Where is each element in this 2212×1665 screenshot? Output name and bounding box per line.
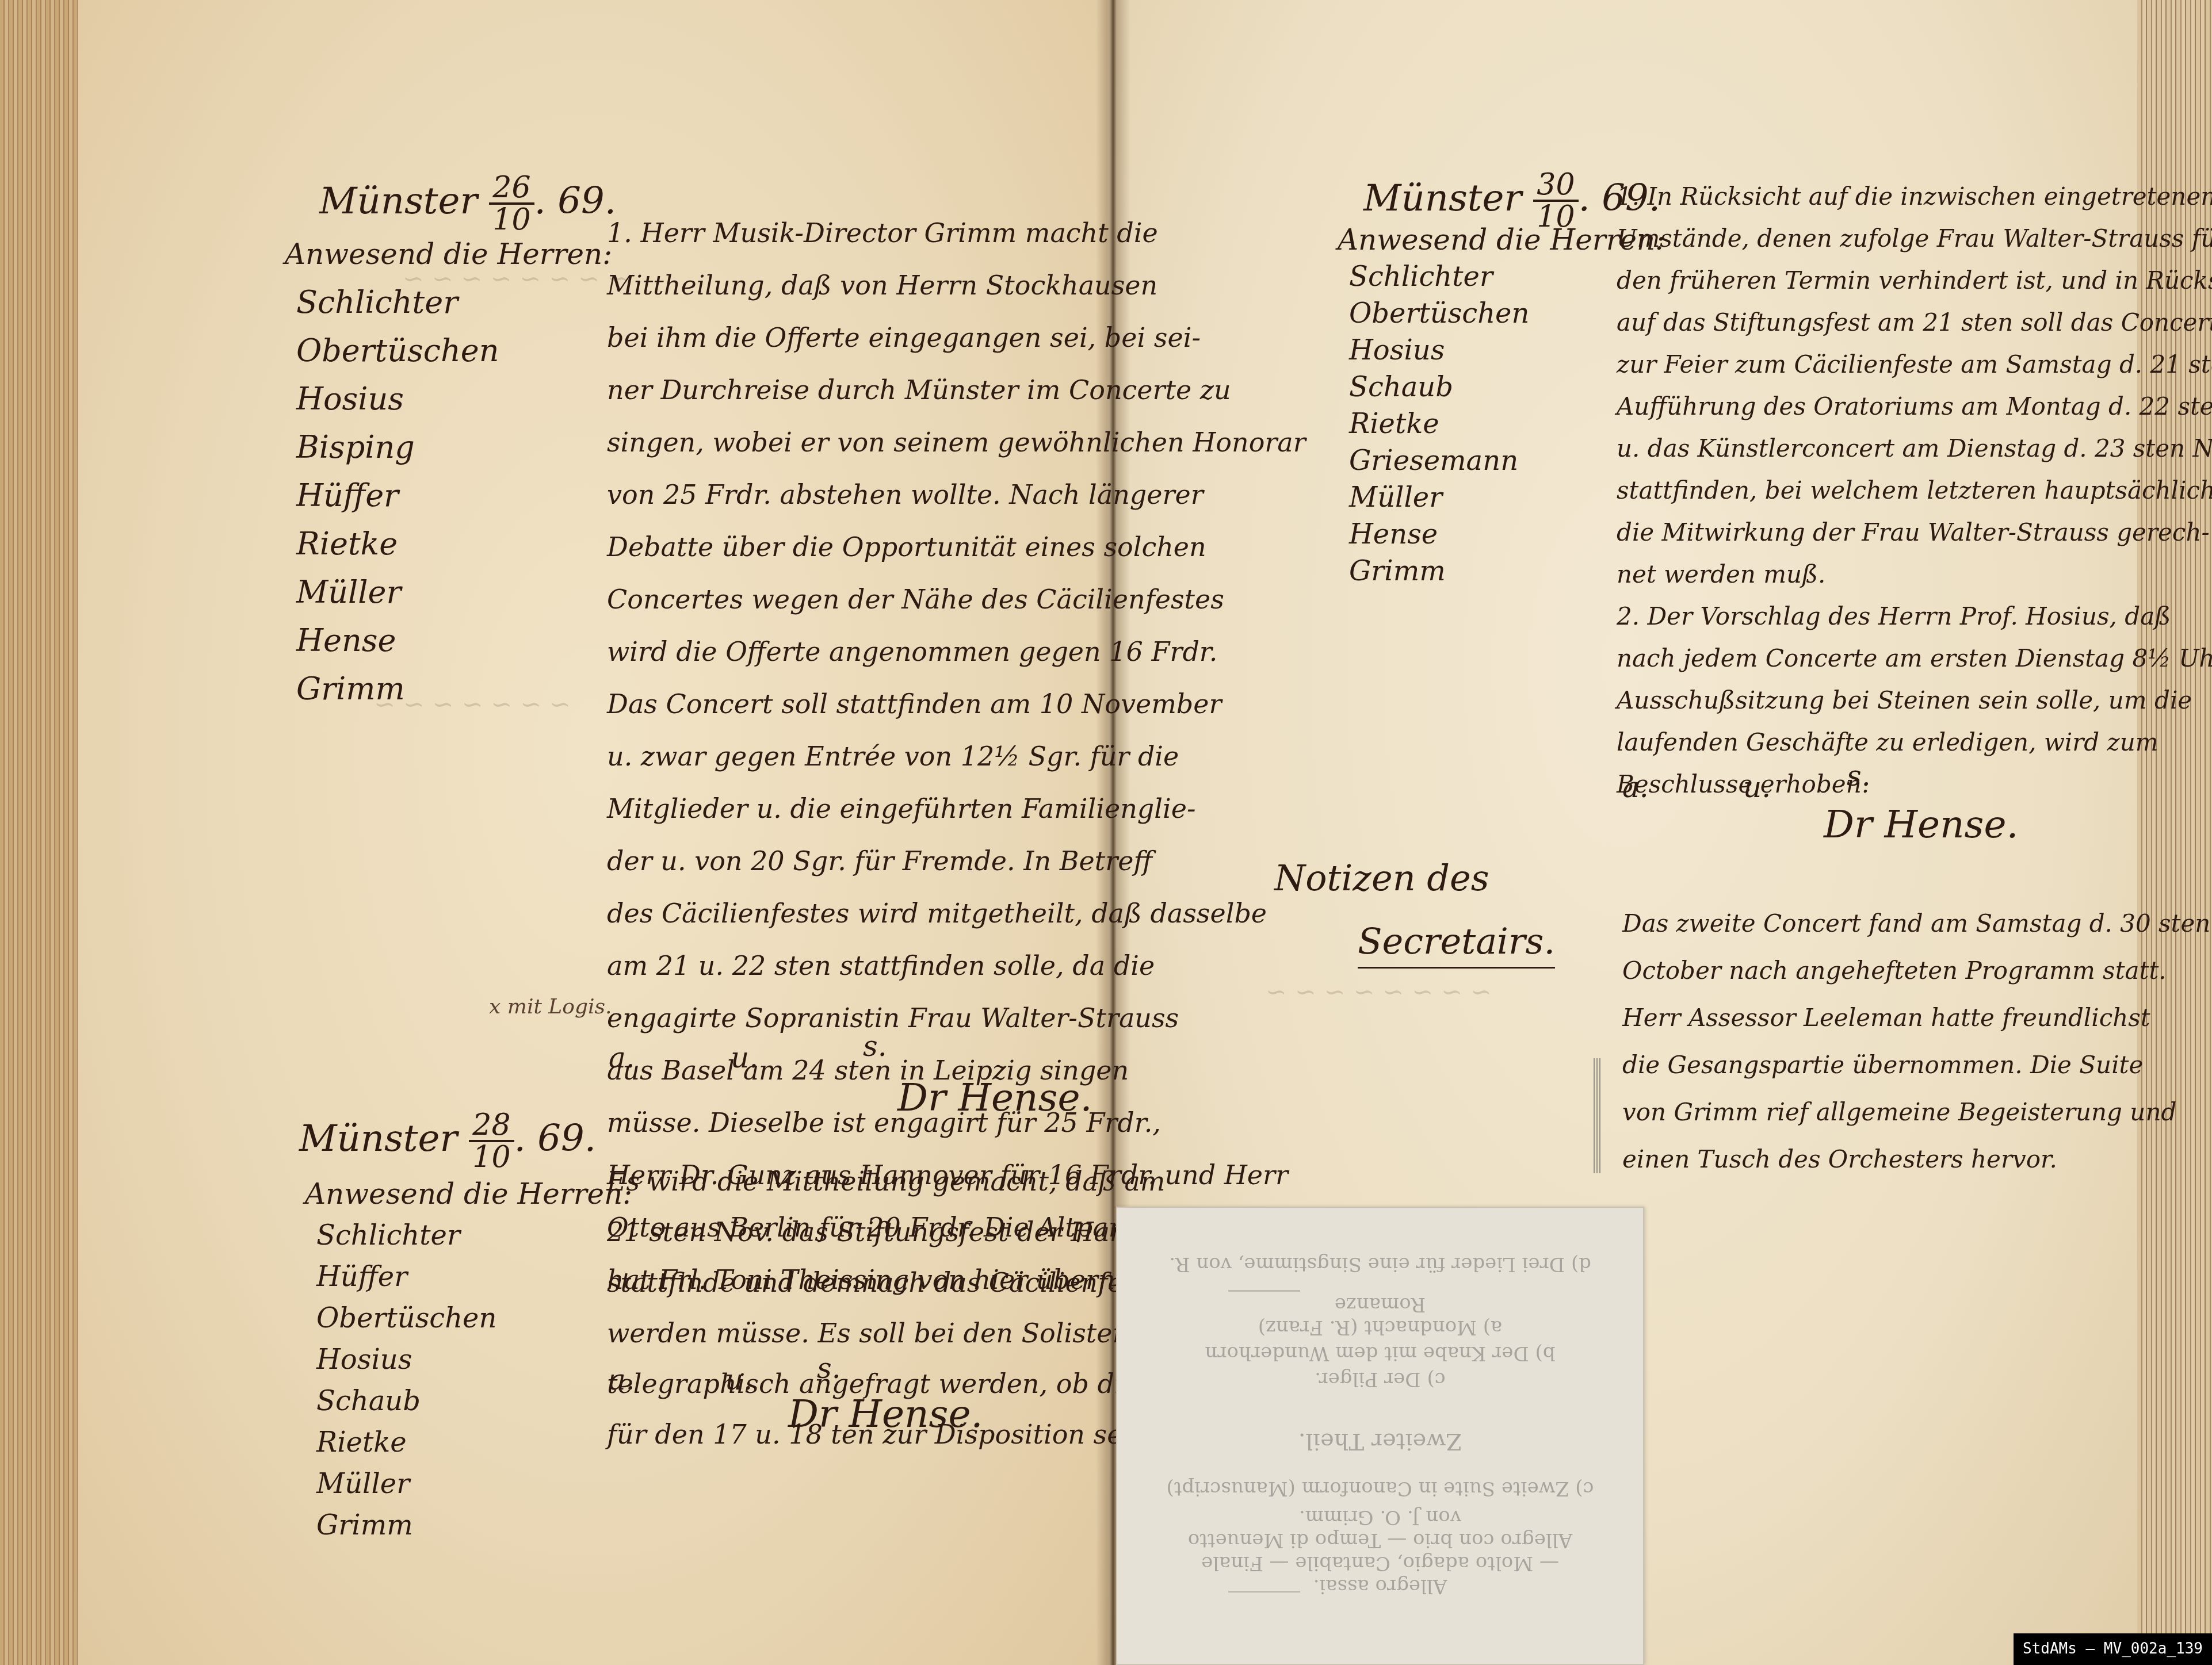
text-line: Aufführung des Oratoriums am Montag d. 2… [1617, 385, 2212, 427]
text-line: 1. In Rücksicht auf die inzwischen einge… [1617, 175, 2212, 217]
mirrored-print-line: Allegro assai. [1116, 1575, 1644, 1598]
divider [1228, 1591, 1300, 1593]
left-page-edges [0, 0, 78, 1665]
heading-place: Münster [319, 180, 477, 223]
attendee: Rietke [285, 520, 612, 568]
mirrored-print-line: c) Zweite Suite in Canonform (Manuscript… [1116, 1477, 1644, 1500]
mirrored-print-line: c) Der Pilger. [1116, 1368, 1644, 1391]
entry-heading: Münster 26 10 . 69. [319, 173, 616, 235]
attendee: Müller [1338, 479, 1665, 516]
date-year: . 69. [534, 180, 616, 223]
attendee: Grimm [285, 665, 612, 713]
mirrored-print-line: b) Der Knabe mit dem Wunderhorn [1116, 1342, 1644, 1365]
entry-heading: Münster 28 10 . 69. [299, 1110, 596, 1172]
archive-reference-label: StdAMs – MV_002a_139 [2014, 1633, 2212, 1665]
text-line: bei ihm die Offerte eingegangen sei, bei… [607, 312, 1306, 364]
text-line: singen, wobei er von seinem gewöhnlichen… [607, 416, 1306, 469]
attendee: Bisping [285, 423, 612, 472]
attendee: Obertüschen [285, 327, 612, 375]
notes-heading: Secretairs. [1358, 920, 1555, 969]
attendee: Grimm [305, 1505, 632, 1546]
signature: Dr Hense. [1824, 802, 2018, 847]
attendee: Obertüschen [305, 1297, 632, 1339]
date-fraction: 28 10 [469, 1110, 514, 1172]
text-line: zur Feier zum Cäcilienfeste am Samstag d… [1617, 343, 2212, 385]
mirrored-print-line: Allegro con brio — Tempo di Menuetto [1116, 1529, 1644, 1552]
heading-place: Münster [1363, 177, 1522, 220]
attendee: Hosius [1338, 332, 1665, 369]
mirrored-print-line: Zweiter Theil. [1116, 1428, 1644, 1455]
attendee: Schlichter [1338, 258, 1665, 295]
text-line: Mittheilung, daß von Herrn Stockhausen [607, 259, 1306, 312]
attendee: Griesemann [1338, 442, 1665, 479]
attendee: Müller [305, 1463, 632, 1505]
mirrored-print-line: von J. O. Grimm. [1116, 1506, 1644, 1529]
text-line: Debatte über die Opportunität eines solc… [607, 521, 1306, 573]
attendee: Schlichter [285, 278, 612, 327]
mirrored-print-line: — Molto adagio, Cantabile — Finale [1116, 1552, 1644, 1575]
attendee: Hüffer [305, 1256, 632, 1297]
text-line: Umstände, denen zufolge Frau Walter-Stra… [1617, 217, 2212, 259]
text-line: laufenden Geschäfte zu erledigen, wird z… [1617, 721, 2212, 763]
text-line: Das Concert soll stattfinden am 10 Novem… [607, 678, 1306, 730]
text-line: auf das Stiftungsfest am 21 sten soll da… [1617, 301, 2212, 343]
text-line: Concertes wegen der Nähe des Cäcilienfes… [607, 573, 1306, 626]
text-line: nach jedem Concerte am ersten Dienstag 8… [1617, 637, 2212, 679]
text-line: wird die Offerte angenommen gegen 16 Frd… [607, 626, 1306, 678]
attendance-list: Anwesend die Herren: Schlichter Obertüsc… [285, 230, 612, 713]
pasted-program-slip: d) Drei Lieder für eine Singstimme, von … [1116, 1207, 1644, 1665]
book-spread: ~ ~ ~ ~ ~ ~ ~ ~ ~ ~ ~ ~ ~ ~ ~ ~ ~ ~ ~ ~ … [0, 0, 2212, 1665]
attendance-list: Anwesend die Herren: Schlichter Hüffer O… [305, 1173, 632, 1546]
attendee: Schaub [1338, 369, 1665, 405]
attendee: Hense [1338, 516, 1665, 553]
minutes-body: 1. Herr Musik-Director Grimm macht die M… [607, 207, 1306, 1306]
text-line: Es wird die Mittheilung gemacht, daß am [607, 1156, 1365, 1207]
text-line: des Cäcilienfestes wird mitgetheilt, daß… [607, 887, 1306, 940]
date-year: . 69. [514, 1117, 596, 1160]
signature: Dr Hense. [788, 1392, 983, 1436]
attendance-label: Anwesend die Herren: [305, 1173, 632, 1215]
text-line: October nach angehefteten Programm statt… [1622, 947, 2210, 994]
attendee: Müller [285, 568, 612, 617]
text-line: ner Durchreise durch Münster im Concerte… [607, 364, 1306, 416]
attendee: Rietke [1338, 405, 1665, 442]
text-line: die Mitwirkung der Frau Walter-Strauss g… [1617, 511, 2212, 553]
attendee: Grimm [1338, 553, 1665, 590]
attendance-label: Anwesend die Herren: [285, 230, 612, 278]
text-line: einen Tusch des Orchesters hervor. [1622, 1136, 2210, 1183]
text-line: Ausschußsitzung bei Steinen sein solle, … [1617, 679, 2212, 721]
attendee: Hense [285, 617, 612, 665]
text-line: die Gesangspartie übernommen. Die Suite [1622, 1042, 2210, 1089]
attendee: Hosius [285, 375, 612, 423]
text-line: stattfinden, bei welchem letzteren haupt… [1617, 469, 2212, 511]
text-line: Das zweite Concert fand am Samstag d. 30… [1622, 900, 2210, 947]
text-line: net werden muß. [1617, 553, 2212, 595]
text-line: u. das Künstlerconcert am Dienstag d. 23… [1617, 427, 2212, 469]
attendee: Hosius [305, 1339, 632, 1380]
text-line: von 25 Frdr. abstehen wollte. Nach länge… [607, 469, 1306, 521]
date-fraction: 26 10 [489, 173, 534, 235]
text-line: 2. Der Vorschlag des Herrn Prof. Hosius,… [1617, 595, 2212, 637]
text-line: den früheren Termin verhindert ist, und … [1617, 259, 2212, 301]
attendance-list: Anwesend die Herren: Schlichter Obertüsc… [1338, 221, 1665, 590]
attendee: Obertüschen [1338, 295, 1665, 332]
attendee: Rietke [305, 1422, 632, 1463]
signature: Dr Hense. [897, 1075, 1092, 1120]
divider [1228, 1290, 1300, 1292]
text-line: 1. Herr Musik-Director Grimm macht die [607, 207, 1306, 259]
text-line: u. zwar gegen Entrée von 12½ Sgr. für di… [607, 730, 1306, 783]
attendance-label: Anwesend die Herren: [1338, 221, 1665, 258]
mirrored-print-line: Romanze [1116, 1293, 1644, 1316]
minutes-body: 1. In Rücksicht auf die inzwischen einge… [1617, 175, 2212, 805]
notes-heading: Notizen des [1274, 857, 1489, 899]
marginal-note: x mit Logis. [489, 995, 612, 1019]
attendee: Hüffer [285, 472, 612, 520]
pencil-margin-mark [1594, 1058, 1602, 1173]
text-line: Mitglieder u. die eingeführten Familieng… [607, 783, 1306, 835]
mirrored-print-line: d) Drei Lieder für eine Singstimme, von … [1116, 1253, 1644, 1276]
text-line: engagirte Sopranistin Frau Walter-Straus… [607, 992, 1306, 1044]
secretary-notes-body: Das zweite Concert fand am Samstag d. 30… [1622, 900, 2210, 1183]
text-line: Herr Assessor Leeleman hatte freundlichs… [1622, 994, 2210, 1042]
attendee: Schlichter [305, 1215, 632, 1256]
text-line: Beschlusse erhoben. [1617, 763, 2212, 805]
text-line: am 21 u. 22 sten stattfinden solle, da d… [607, 940, 1306, 992]
text-line: von Grimm rief allgemeine Begeisterung u… [1622, 1089, 2210, 1136]
attendee: Schaub [305, 1380, 632, 1422]
text-line: der u. von 20 Sgr. für Fremde. In Betref… [607, 835, 1306, 887]
heading-place: Münster [299, 1117, 457, 1160]
mirrored-print-line: a) Mondnacht (R. Franz) [1116, 1316, 1644, 1339]
